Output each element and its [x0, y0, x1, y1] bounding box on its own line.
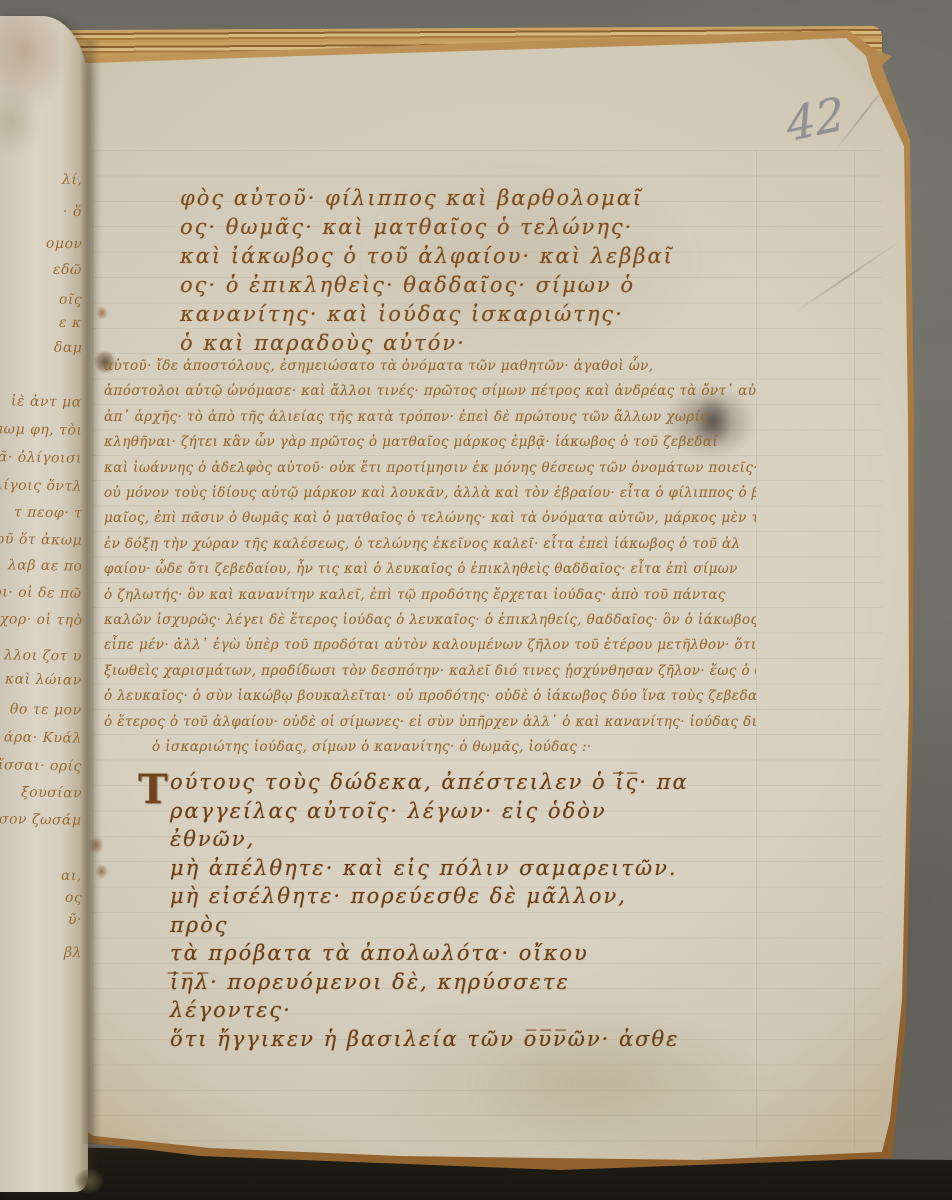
facing-page-text-fragment: δαμ	[53, 340, 82, 356]
facing-page-text-fragment: βλ	[64, 945, 82, 961]
facing-page-text-fragment: ομον	[45, 236, 82, 253]
text-line: ὅτι ἤγγικεν ἡ βασιλεία τῶν ο̅υ̅ν̅ῶν· ἀσθ…	[170, 1025, 690, 1054]
facing-page-text-fragment: θο τε μον	[10, 701, 82, 718]
text-line: ἰ̅η̅λ̅· πορευόμενοι δὲ, κηρύσσετε λέγοντ…	[170, 968, 690, 1025]
text-line: κληθῆναι· ζήτει κἂν ὧν γὰρ πρῶτος ὁ ματθ…	[104, 430, 756, 455]
facing-page-text-fragment: λαβ αε πο	[7, 557, 82, 574]
facing-page-text-fragment: λοι· οἱ δε πῶ	[0, 584, 82, 602]
facing-page-text-fragment: · ὅ	[63, 204, 82, 220]
facing-page-text-fragment: οῖς	[59, 292, 83, 308]
text-line: μὴ εἰσέλθητε· πορεύεσθε δὲ μᾶλλον, πρὸς	[170, 882, 690, 939]
facing-page-text-fragment: καὶ λώιαν	[5, 671, 82, 688]
text-line: ξιωθεὶς χαρισμάτων, προδίδωσι τὸν δεσπότ…	[104, 659, 756, 684]
text-line: ὁ ἕτερος ὁ τοῦ ἀλφαίου· οὐδὲ οἱ σίμωνες·…	[104, 710, 756, 735]
facing-page-text-fragment: χορ· οἱ τηὸ	[0, 611, 82, 628]
gospel-bottom-lines: ούτους τοὺς δώδεκα, ἀπέστειλεν ὁ ἰ̅ς̅· π…	[170, 768, 690, 1053]
gospel-text-block-bottom: Τ ούτους τοὺς δώδεκα, ἀπέστειλεν ὁ ἰ̅ς̅·…	[170, 768, 690, 1053]
facing-page-text-fragment: ξουσίαν	[21, 784, 82, 801]
text-line: ὁ ζηλωτής· ὃν καὶ κανανίτην καλεῖ, ἐπὶ τ…	[104, 583, 756, 608]
facing-page-text-fragment: τ πεοφ· τ	[14, 504, 83, 521]
text-line: μαῖος, ἐπὶ πᾶσιν ὁ θωμᾶς καὶ ὁ ματθαῖος …	[104, 506, 756, 531]
facing-page-text-fragment: ε κ	[59, 315, 82, 331]
text-line: ος· θωμᾶς· καὶ ματθαῖος ὁ τελώνης·	[180, 213, 700, 242]
text-line: μὴ ἀπέλθητε· καὶ εἰς πόλιν σαμαρειτῶν.	[170, 854, 690, 883]
facing-page-text-fragment: μωμ φη, τὸι	[0, 421, 82, 439]
facing-page-text-fragment: εδῶ	[53, 262, 82, 279]
facing-page-text-fragment: αι,	[61, 868, 82, 884]
facing-page-text-fragment: οῦ ὅτ ἀκωμ	[0, 531, 82, 549]
text-line: ἀπ᾽ ἀρχῆς· τὸ ἀπὸ τῆς ἁλιείας τῆς κατὰ τ…	[104, 405, 756, 430]
facing-page-text-fragment: ᾶ· ὀλίγοισι	[0, 449, 82, 466]
text-line: ούτους τοὺς δώδεκα, ἀπέστειλεν ὁ ἰ̅ς̅· π…	[170, 768, 690, 797]
text-line: οὐ μόνον τοὺς ἰδίους αὐτῷ μάρκον καὶ λου…	[104, 481, 756, 506]
facing-page-text-fragment: ἴσσαι· ορίς	[0, 757, 82, 774]
text-line: ὁ ἰσκαριώτης ἰούδας, σίμων ὁ κανανίτης· …	[152, 735, 756, 760]
facing-page-text-fragment: ος	[65, 890, 83, 906]
text-line: καὶ ἰωάννης ὁ ἀδελφὸς αὐτοῦ· οὐκ ἔτι προ…	[104, 456, 756, 481]
text-line: φὸς αὐτοῦ· φίλιππος καὶ βαρθολομαῖ	[180, 184, 700, 213]
text-line: τὰ πρόβατα τὰ ἀπολωλότα· οἴκου	[170, 939, 690, 968]
text-line: ὁ λευκαῖος· ὁ σὺν ἰακώβῳ βουκαλεῖται· οὐ…	[104, 684, 756, 709]
text-line: ος· ὁ ἐπικληθεὶς· θαδδαῖος· σίμων ὁ	[180, 271, 700, 300]
text-line: ἀπόστολοι αὐτῷ ὠνόμασε· καὶ ἄλλοι τινές·…	[104, 379, 756, 404]
rust-spot-3	[95, 864, 108, 879]
text-line: καὶ ἰάκωβος ὁ τοῦ ἀλφαίου· καὶ λεββαῖ	[180, 242, 700, 271]
text-line: ραγγείλας αὐτοῖς· λέγων· εἰς ὁδὸν ἐθνῶν,	[170, 797, 690, 854]
rust-spot-2	[88, 836, 104, 854]
facing-page-text-fragment: άρα· Κυάλ	[4, 729, 82, 746]
facing-page-text-fragment: λλοι ζοτ υ	[4, 647, 82, 664]
folio-42-recto-page: 42 φὸς αὐτοῦ· φίλιππος καὶ βαρθολομαῖος·…	[0, 0, 952, 1200]
crease-line-1	[793, 240, 902, 314]
text-line: κανανίτης· καὶ ἰούδας ἰσκαριώτης·	[180, 300, 700, 329]
facing-page-text-fragment: ῦ·	[68, 912, 82, 928]
binding-thread	[74, 1168, 104, 1194]
gospel-text-block-top: φὸς αὐτοῦ· φίλιππος καὶ βαρθολομαῖος· θω…	[180, 184, 700, 358]
text-line: καλῶν ἰσχυρῶς· λέγει δὲ ἕτερος ἰούδας ὁ …	[104, 608, 756, 633]
facing-page-text-fragment: ἰὲ ἀντ μα	[11, 393, 82, 410]
manuscript-photo: 42 φὸς αὐτοῦ· φίλιππος καὶ βαρθολομαῖος·…	[0, 0, 952, 1200]
folio-number-pencil: 42	[784, 86, 847, 152]
text-line: ἐν δόξῃ τὴν χώραν τῆς καλέσεως, ὁ τελώνη…	[104, 532, 756, 557]
commentary-block: αὐτοῦ· ἴδε ἀποστόλους, ἐσημειώσατο τὰ ὀν…	[104, 354, 756, 761]
facing-page-text-fragment: λίγοις ὄντλ	[0, 477, 82, 495]
rust-spot-1	[96, 306, 108, 320]
drop-initial-tau: Τ	[138, 770, 170, 810]
facing-page-text-fragment: σον ζωσάμ	[0, 811, 82, 828]
facing-page-edge-strip: λί,· ὅομονεδῶοῖςε κδαμἰὲ ἀντ μαμωμ φη, τ…	[0, 16, 88, 1192]
facing-page-text-fragment: λί,	[62, 172, 83, 188]
text-line: φαίου· ὧδε ὅτι ζεβεδαίου, ἦν τις καὶ ὁ λ…	[104, 557, 756, 582]
text-line: εἶπε μέν· ἀλλ᾽ ἐγὼ ὑπὲρ τοῦ προδόται αὐτ…	[104, 633, 756, 658]
text-line: αὐτοῦ· ἴδε ἀποστόλους, ἐσημειώσατο τὰ ὀν…	[104, 354, 756, 379]
